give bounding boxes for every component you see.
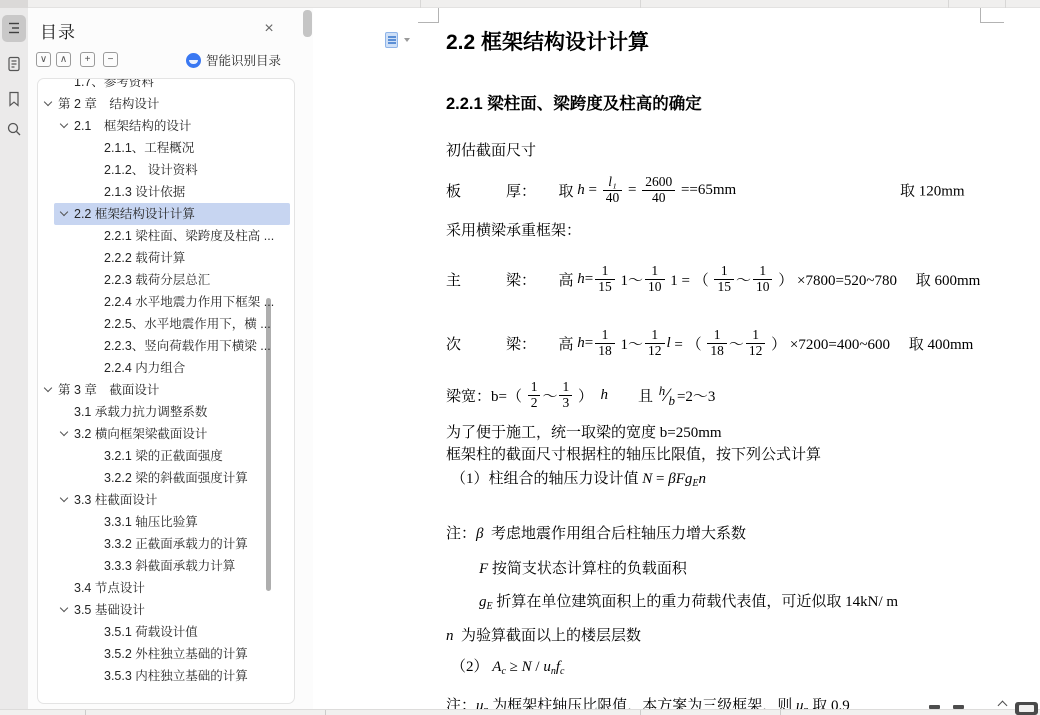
formula-text: u: [476, 698, 484, 709]
search-icon[interactable]: [5, 120, 23, 138]
doc-line: F 按简支状态计算柱的负载面积: [479, 557, 687, 578]
toolbar-divider: [420, 0, 421, 8]
toc-item[interactable]: 3.3.1 轴压比验算: [38, 511, 294, 533]
formula-text: N: [642, 471, 652, 487]
formula-text: N: [522, 659, 532, 675]
formula-text: 取 0.9: [809, 698, 850, 709]
formula-text: /: [532, 659, 544, 675]
page-margin-mark: [418, 22, 439, 23]
formula-text: 考虑地震作用组合后柱轴压力增大系数: [484, 526, 747, 542]
doc-line: 注：un 为框架柱轴压比限值，本方案为三级框架，则 un 取 0.9: [446, 694, 850, 709]
formula-text: ==65mm: [677, 182, 736, 199]
toolbar-divider: [640, 0, 641, 8]
fullscreen-icon[interactable]: [1015, 702, 1038, 715]
status-glyph: [929, 705, 940, 709]
paragraph-tool-icon[interactable]: [385, 32, 415, 50]
collapse-prev-icon[interactable]: ∧: [56, 52, 71, 67]
formula-text: c: [560, 666, 564, 677]
formula-text: ） ×7200=400~600 取 400mm: [767, 333, 973, 354]
toc-item-label: 3.4 节点设计: [74, 577, 145, 599]
doc-line: 采用横梁承重框架：: [446, 219, 581, 240]
page-margin-mark: [980, 22, 1004, 23]
formula-text: 主 梁： 高: [446, 269, 577, 290]
toolbar-divider: [1005, 0, 1006, 8]
doc-line: gE 折算在单位建筑面积上的重力荷载代表值，可近似取 14kN/ m: [479, 590, 898, 611]
document-page: 2.2 框架结构设计计算 2.2.1 梁柱面、梁跨度及柱高的确定 初估截面尺寸板…: [313, 8, 1040, 709]
formula-text: （1）柱组合的轴压力设计值: [451, 471, 642, 487]
formula-text: =2～3: [677, 385, 715, 406]
formula-text: （2）: [451, 659, 492, 675]
toc-item-label: 1.7、参考资料: [74, 78, 154, 93]
top-toolbar-edge-left: [0, 0, 28, 8]
doc-line-right-value: 取 120mm: [900, 180, 965, 201]
formula-text: 1～: [617, 333, 643, 354]
fraction: 13: [559, 380, 572, 411]
chevron-down-icon[interactable]: [61, 203, 74, 225]
toc-item[interactable]: 3.1 承载力抗力调整系数: [38, 401, 294, 423]
toc-item-label: 2.2.5、水平地震作用下，横 ...: [104, 313, 271, 335]
toc-item[interactable]: 2.2.5、水平地震作用下，横 ...: [38, 313, 294, 335]
expand-all-icon[interactable]: +: [80, 52, 95, 67]
status-divider: [85, 710, 86, 715]
formula-text: g: [479, 594, 487, 610]
doc-line: （1）柱组合的轴压力设计值 N = βFgEn: [451, 467, 706, 488]
formula-text: 次 梁： 高: [446, 333, 577, 354]
toc-item[interactable]: 3.2.1 梁的正截面强度: [38, 445, 294, 467]
doc-line: 框架柱的截面尺寸根据柱的轴压比限值，按下列公式计算: [446, 443, 821, 464]
formula-text: 为了便于施工，统一取梁的宽度 b=250mm: [446, 425, 722, 441]
chevron-down-icon: [404, 38, 410, 42]
bookmark-icon[interactable]: [5, 90, 23, 108]
formula-text: h: [577, 271, 585, 288]
toc-outline-icon[interactable]: [5, 19, 23, 37]
formula-text: =: [585, 271, 593, 288]
toc-item[interactable]: 3.5 基础设计: [38, 599, 294, 621]
toc-item[interactable]: 2.2.3、竖向荷载作用下横梁 ...: [38, 335, 294, 357]
doc-line: （2） Ac ≥ N / unfc: [451, 655, 564, 676]
status-divider: [640, 710, 641, 715]
formula-text: 采用横梁承重框架：: [446, 223, 581, 239]
toc-item-label: 3.5 基础设计: [74, 599, 145, 621]
fraction: 110: [645, 264, 665, 295]
toc-item-label: 3.3.3 斜截面承载力计算: [104, 555, 235, 577]
top-toolbar-edge: [0, 0, 1040, 8]
formula-text: 按简支状态计算柱的负载面积: [488, 561, 687, 577]
toolbar-divider: [948, 0, 949, 8]
formula-text: 框架柱的截面尺寸根据柱的轴压比限值，按下列公式计算: [446, 447, 821, 463]
note-page-icon[interactable]: [5, 55, 23, 73]
chevron-down-icon[interactable]: [45, 93, 58, 115]
toc-item[interactable]: 3.2 横向框架梁截面设计: [38, 423, 294, 445]
toc-item[interactable]: 3.5.3 内柱独立基础的计算: [38, 665, 294, 687]
toc-item-label: 2.1.3 设计依据: [104, 181, 185, 203]
status-divider: [780, 710, 781, 715]
toc-item[interactable]: 3.4 节点设计: [38, 577, 294, 599]
formula-text: ～: [736, 269, 751, 290]
formula-text: 1 = （: [667, 269, 713, 290]
toc-item[interactable]: 2.2.4 内力组合: [38, 357, 294, 379]
toc-item-label: 3.2 横向框架梁截面设计: [74, 423, 207, 445]
formula-text: u: [543, 659, 551, 675]
toc-item[interactable]: 2.2.3 载荷分层总汇: [38, 269, 294, 291]
formula-text: ≥: [506, 659, 522, 675]
toc-item-label: 3.5.3 内柱独立基础的计算: [104, 665, 248, 687]
toc-tree-list: 1.7、参考资料第 2 章 结构设计2.1 框架结构的设计2.1.1、工程概况2…: [38, 78, 294, 687]
fraction: 12: [528, 380, 541, 411]
doc-line: 主 梁： 高 h=115 1～110 1 = （ 115～110 ） ×7800…: [446, 250, 980, 308]
toc-item[interactable]: 2.2.2 载荷计算: [38, 247, 294, 269]
formula-text: 板 厚： 取: [446, 180, 577, 201]
formula-text: β: [476, 526, 483, 542]
toc-item-label: 3.3.1 轴压比验算: [104, 511, 198, 533]
formula-text: F: [479, 561, 488, 577]
page-margin-mark: [438, 8, 439, 22]
toc-item[interactable]: 第 2 章 结构设计: [38, 93, 294, 115]
toc-item[interactable]: 2.1.1、工程概况: [38, 137, 294, 159]
fraction: 118: [707, 328, 727, 359]
toc-sidebar: 目录 × ∨∧+−智能识别目录 1.7、参考资料第 2 章 结构设计2.1 框架…: [28, 8, 313, 709]
doc-line: 次 梁： 高 h=118 1～112l = （ 118～112 ） ×7200=…: [446, 314, 973, 372]
slash-fraction: h⁄b: [659, 384, 675, 406]
fraction: 110: [753, 264, 773, 295]
formula-text: =: [585, 335, 593, 352]
formula-text: 为验算截面以上的楼层层数: [454, 628, 642, 644]
fraction: 112: [746, 328, 766, 359]
page-margin-mark: [980, 8, 981, 22]
formula-text: ） ×7800=520~780 取 600mm: [774, 269, 980, 290]
sidebar-title: 目录: [40, 18, 76, 43]
chevron-down-icon[interactable]: [61, 115, 74, 137]
collapse-all-icon[interactable]: −: [103, 52, 118, 67]
fraction: l₁40: [603, 175, 623, 206]
status-glyph: [953, 705, 964, 709]
formula-text: 且: [608, 385, 657, 406]
toc-item-label: 2.1.1、工程概况: [104, 137, 194, 159]
toc-item[interactable]: 3.3.3 斜截面承载力计算: [38, 555, 294, 577]
toc-item-label: 第 2 章 结构设计: [58, 93, 159, 115]
formula-text: 1～: [617, 269, 643, 290]
formula-text: 注：: [446, 526, 476, 542]
chevron-down-icon[interactable]: [61, 423, 74, 445]
formula-text: n: [699, 471, 707, 487]
toc-item-label: 2.2.4 水平地震力作用下框架 ...: [104, 291, 274, 313]
formula-text: ）: [574, 385, 600, 406]
collapse-next-icon[interactable]: ∨: [36, 52, 51, 67]
formula-text: ～: [729, 333, 744, 354]
formula-text: =: [652, 471, 668, 487]
fraction: 260040: [642, 175, 675, 206]
doc-line: 板 厚： 取 h = l₁40 = 260040 ==65mm取 120mm: [446, 165, 736, 215]
toc-item-label: 2.2.3 载荷分层总汇: [104, 269, 210, 291]
toc-item[interactable]: 2.1.2、 设计资料: [38, 159, 294, 181]
toc-item-label: 3.5.2 外柱独立基础的计算: [104, 643, 248, 665]
toc-item-label: 3.2.2 梁的斜截面强度计算: [104, 467, 248, 489]
formula-text: = （: [671, 333, 706, 354]
chevron-down-icon[interactable]: [61, 489, 74, 511]
chevron-down-icon[interactable]: [61, 599, 74, 621]
chevron-down-icon[interactable]: [45, 379, 58, 401]
toc-item[interactable]: 2.2.1 梁柱面、梁跨度及柱高 ...: [38, 225, 294, 247]
toc-item[interactable]: 2.2.4 水平地震力作用下框架 ...: [38, 291, 294, 313]
formula-text: 梁宽：b=（: [446, 385, 526, 406]
formula-text: 为框架柱轴压比限值，本方案为三级框架，则: [489, 698, 797, 709]
formula-text: h: [601, 387, 609, 404]
formula-text: h: [577, 335, 585, 352]
formula-text: =: [585, 182, 601, 199]
toc-item-label: 2.2.4 内力组合: [104, 357, 185, 379]
fraction: 115: [595, 264, 615, 295]
doc-line: 梁宽：b=（ 12～13 ） h 且 h⁄b=2～3: [446, 368, 715, 422]
formula-text: 注：: [446, 698, 476, 709]
ai-robot-icon: [186, 53, 201, 68]
smart-toc-button[interactable]: 智能识别目录: [186, 50, 281, 70]
toc-toolbar: ∨∧+−智能识别目录: [28, 52, 313, 72]
formula-text: h: [577, 182, 585, 199]
formula-text: βFg: [668, 471, 692, 487]
toc-item[interactable]: 1.7、参考资料: [38, 78, 294, 93]
formula-text: u: [796, 698, 804, 709]
toc-item-label: 第 3 章 截面设计: [58, 379, 159, 401]
formula-text: ～: [542, 385, 557, 406]
subsection-heading: 2.2.1 梁柱面、梁跨度及柱高的确定: [446, 90, 702, 114]
toc-item[interactable]: 3.3 柱截面设计: [38, 489, 294, 511]
toc-item-label: 3.2.1 梁的正截面强度: [104, 445, 223, 467]
toc-item[interactable]: 2.2 框架结构设计计算: [38, 203, 294, 225]
toc-item-label: 2.2.2 载荷计算: [104, 247, 185, 269]
toc-item-label: 3.3.2 正截面承载力的计算: [104, 533, 248, 555]
formula-text: 折算在单位建筑面积上的重力荷载代表值，可近似取 14kN/ m: [493, 594, 898, 610]
doc-line: 注：β 考虑地震作用组合后柱轴压力增大系数: [446, 522, 746, 543]
toc-item[interactable]: 3.5.2 外柱独立基础的计算: [38, 643, 294, 665]
toc-item-label: 2.2 框架结构设计计算: [74, 203, 195, 225]
section-heading: 2.2 框架结构设计计算: [446, 26, 649, 56]
toc-item[interactable]: 第 3 章 截面设计: [38, 379, 294, 401]
close-icon[interactable]: ×: [260, 20, 278, 38]
panel-scrollbar-thumb[interactable]: [303, 10, 312, 37]
toc-item-label: 3.5.1 荷载设计值: [104, 621, 198, 643]
toc-item-label: 2.2.3、竖向荷载作用下横梁 ...: [104, 335, 271, 357]
smart-toc-label: 智能识别目录: [206, 51, 281, 69]
toc-item[interactable]: 3.3.2 正截面承载力的计算: [38, 533, 294, 555]
fraction: 118: [595, 328, 615, 359]
status-divider: [325, 710, 326, 715]
fraction: 115: [714, 264, 734, 295]
toc-item[interactable]: 3.5.1 荷载设计值: [38, 621, 294, 643]
toc-item[interactable]: 2.1.3 设计依据: [38, 181, 294, 203]
formula-text: =: [624, 182, 640, 199]
toc-tree-box: 1.7、参考资料第 2 章 结构设计2.1 框架结构的设计2.1.1、工程概况2…: [37, 78, 295, 704]
formula-text: 初估截面尺寸: [446, 143, 536, 159]
left-icon-rail: [0, 8, 28, 709]
toc-item-label: 2.2.1 梁柱面、梁跨度及柱高 ...: [104, 225, 274, 247]
formula-text: n: [446, 628, 454, 644]
toc-item-label: 3.3 柱截面设计: [74, 489, 157, 511]
doc-line: 为了便于施工，统一取梁的宽度 b=250mm: [446, 421, 722, 442]
doc-line: 初估截面尺寸: [446, 139, 536, 160]
toc-item-label: 2.1 框架结构的设计: [74, 115, 191, 137]
toc-item[interactable]: 3.2.2 梁的斜截面强度计算: [38, 467, 294, 489]
toc-item-label: 2.1.2、 设计资料: [104, 159, 198, 181]
status-bar: [0, 709, 1040, 715]
doc-line: n 为验算截面以上的楼层层数: [446, 624, 641, 645]
fraction: 112: [645, 328, 665, 359]
toc-item-label: 3.1 承载力抗力调整系数: [74, 401, 207, 423]
document-icon: [385, 32, 398, 48]
toc-item[interactable]: 2.1 框架结构的设计: [38, 115, 294, 137]
